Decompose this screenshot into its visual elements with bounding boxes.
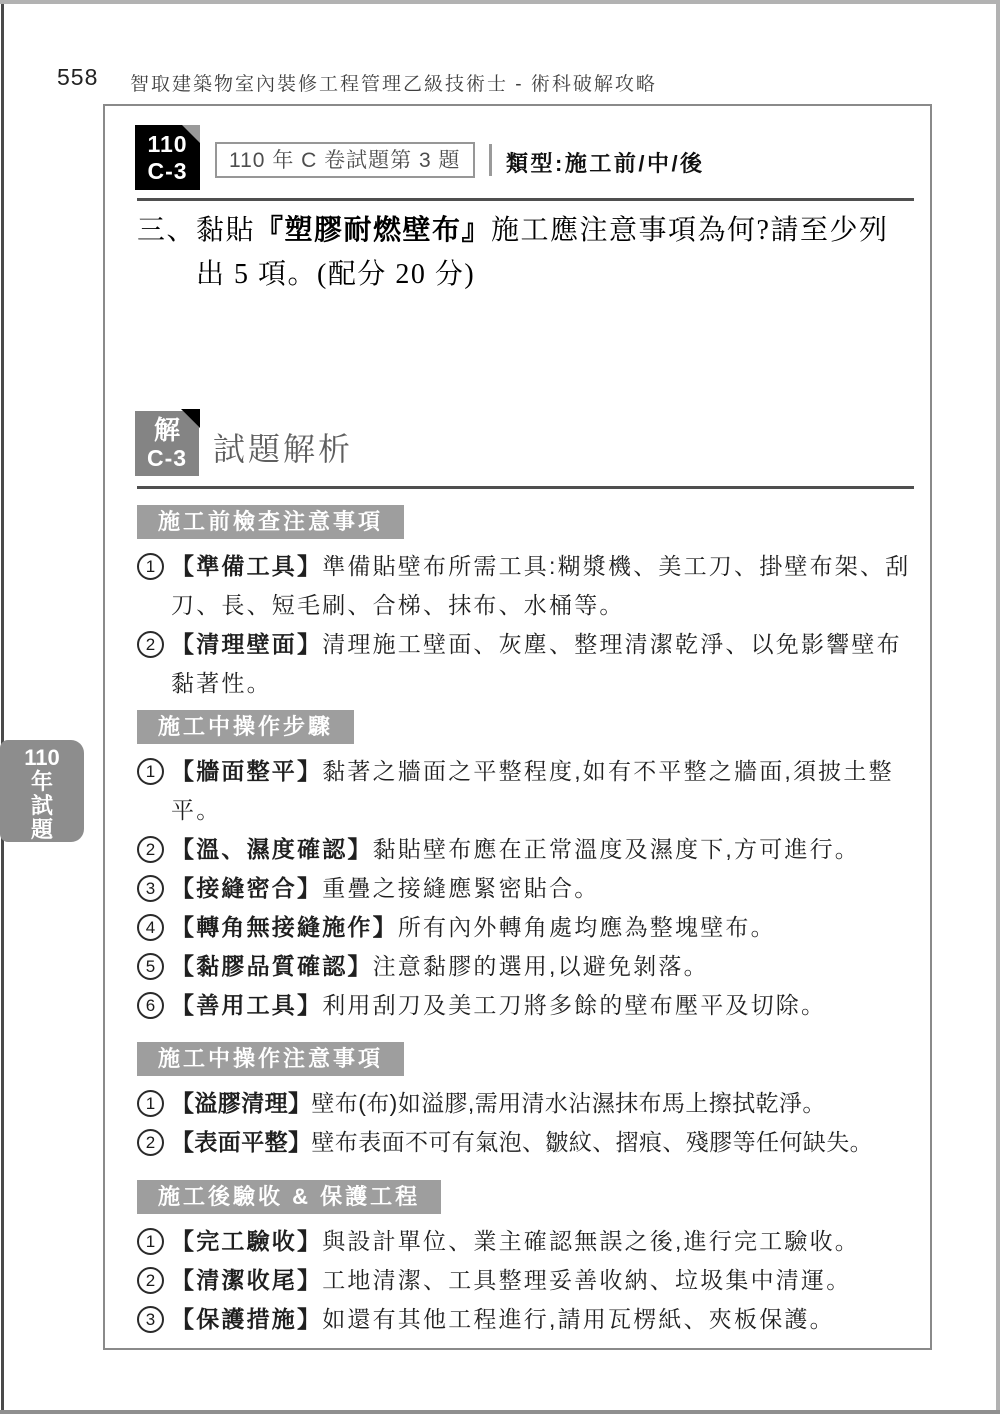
item-text: 【溫、濕度確認】黏貼壁布應在正常溫度及濕度下,方可進行。 <box>171 830 914 869</box>
item-text: 【接縫密合】重疊之接縫應緊密貼合。 <box>171 869 914 908</box>
list-item: 2 【表面平整】壁布表面不可有氣泡、皺紋、摺痕、殘膠等任何缺失。 <box>137 1123 914 1162</box>
item-body: 工地清潔、工具整理妥善收納、垃圾集中清運。 <box>322 1267 851 1293</box>
item-label: 【保護措施】 <box>171 1306 322 1332</box>
badge-year: 110 <box>135 131 200 158</box>
question-text: 三、黏貼『塑膠耐燃壁布』施工應注意事項為何?請至少列 出 5 項。(配分 20 … <box>137 209 927 297</box>
item-number-icon: 5 <box>137 953 164 980</box>
item-label: 【接縫密合】 <box>171 875 322 901</box>
item-text: 【清潔收尾】工地清潔、工具整理妥善收納、垃圾集中清運。 <box>171 1261 914 1300</box>
sidebar-tab-110-exams: 110 年 試 題 <box>0 740 84 842</box>
item-label: 【溫、濕度確認】 <box>171 836 373 862</box>
solution-badge: 解 C-3 <box>135 411 199 476</box>
book-page: 558 智取建築物室內裝修工程管理乙級技術士 - 術科破解攻略 110 C-3 … <box>0 0 1000 1419</box>
item-body: 如還有其他工程進行,請用瓦楞紙、夾板保護。 <box>322 1306 835 1332</box>
item-text: 【溢膠清理】壁布(布)如溢膠,需用清水沾濕抹布馬上擦拭乾淨。 <box>171 1084 914 1123</box>
item-number-icon: 4 <box>137 914 164 941</box>
page-number: 558 <box>57 64 98 91</box>
item-number-icon: 3 <box>137 875 164 902</box>
item-text: 【完工驗收】與設計單位、業主確認無誤之後,進行完工驗收。 <box>171 1222 914 1261</box>
item-text: 【清理壁面】清理施工壁面、灰塵、整理清潔乾淨、以免影響壁布黏著性。 <box>171 625 914 703</box>
page-edge-right <box>996 2 1000 1414</box>
question-post: 施工應注意事項為何?請至少列 <box>491 215 888 246</box>
solution-badge-code: C-3 <box>135 445 199 471</box>
horizontal-rule <box>137 486 914 489</box>
item-text: 【表面平整】壁布表面不可有氣泡、皺紋、摺痕、殘膠等任何缺失。 <box>171 1123 914 1162</box>
item-body: 黏貼壁布應在正常溫度及濕度下,方可進行。 <box>373 836 860 862</box>
item-number-icon: 6 <box>137 992 164 1019</box>
list-item: 1 【完工驗收】與設計單位、業主確認無誤之後,進行完工驗收。 <box>137 1222 914 1261</box>
item-body: 與設計單位、業主確認無誤之後,進行完工驗收。 <box>322 1228 860 1254</box>
item-text: 【轉角無接縫施作】所有內外轉角處均應為整塊壁布。 <box>171 908 914 947</box>
item-number-icon: 2 <box>137 836 164 863</box>
list-item: 2 【清潔收尾】工地清潔、工具整理妥善收納、垃圾集中清運。 <box>137 1261 914 1300</box>
list-item: 1 【溢膠清理】壁布(布)如溢膠,需用清水沾濕抹布馬上擦拭乾淨。 <box>137 1084 914 1123</box>
item-body: 壁布表面不可有氣泡、皺紋、摺痕、殘膠等任何缺失。 <box>311 1129 873 1155</box>
sidebar-tab-line: 110 <box>0 746 84 770</box>
section-items: 1 【完工驗收】與設計單位、業主確認無誤之後,進行完工驗收。 2 【清潔收尾】工… <box>137 1222 914 1339</box>
section-items: 1 【溢膠清理】壁布(布)如溢膠,需用清水沾濕抹布馬上擦拭乾淨。 2 【表面平整… <box>137 1084 914 1162</box>
item-text: 【準備工具】準備貼壁布所需工具:糊漿機、美工刀、掛壁布架、刮刀、長、短毛刷、合梯… <box>171 547 914 625</box>
sidebar-tab-line: 年 <box>0 770 84 794</box>
item-text: 【保護措施】如還有其他工程進行,請用瓦楞紙、夾板保護。 <box>171 1300 914 1339</box>
list-item: 6 【善用工具】利用刮刀及美工刀將多餘的壁布壓平及切除。 <box>137 986 914 1025</box>
section-header: 施工後驗收 & 保護工程 <box>137 1180 441 1214</box>
solution-badge-char: 解 <box>135 415 199 445</box>
sidebar-tab-line: 題 <box>0 818 84 842</box>
sidebar-tab-line: 試 <box>0 794 84 818</box>
item-number-icon: 2 <box>137 1129 164 1156</box>
item-number-icon: 1 <box>137 758 164 785</box>
question-line-1: 三、黏貼『塑膠耐燃壁布』施工應注意事項為何?請至少列 <box>137 209 927 253</box>
item-label: 【表面平整】 <box>171 1129 311 1155</box>
question-pre: 黏貼 <box>196 215 255 246</box>
list-item: 3 【保護措施】如還有其他工程進行,請用瓦楞紙、夾板保護。 <box>137 1300 914 1339</box>
book-title: 智取建築物室內裝修工程管理乙級技術士 - 術科破解攻略 <box>130 69 657 96</box>
item-number-icon: 3 <box>137 1306 164 1333</box>
list-item: 4 【轉角無接縫施作】所有內外轉角處均應為整塊壁布。 <box>137 908 914 947</box>
answer-section: 施工中操作步驟 1 【牆面整平】黏著之牆面之平整程度,如有不平整之牆面,須披土整… <box>137 710 914 1025</box>
list-item: 2 【溫、濕度確認】黏貼壁布應在正常溫度及濕度下,方可進行。 <box>137 830 914 869</box>
question-line-2: 出 5 項。(配分 20 分) <box>137 253 927 297</box>
answer-section: 施工後驗收 & 保護工程 1 【完工驗收】與設計單位、業主確認無誤之後,進行完工… <box>137 1180 914 1339</box>
answer-section: 施工前檢查注意事項 1 【準備工具】準備貼壁布所需工具:糊漿機、美工刀、掛壁布架… <box>137 505 914 703</box>
page-edge-top <box>0 0 1000 4</box>
item-body: 利用刮刀及美工刀將多餘的壁布壓平及切除。 <box>322 992 826 1018</box>
page-edge-bottom <box>0 1410 1000 1414</box>
item-number-icon: 1 <box>137 1090 164 1117</box>
section-header: 施工中操作步驟 <box>137 710 354 744</box>
type-label: 類型:施工前/中/後 <box>506 147 705 178</box>
banner-divider <box>489 144 492 176</box>
item-body: 所有內外轉角處均應為整塊壁布。 <box>398 914 776 940</box>
item-number-icon: 1 <box>137 553 164 580</box>
item-label: 【轉角無接縫施作】 <box>171 914 398 940</box>
list-item: 1 【牆面整平】黏著之牆面之平整程度,如有不平整之牆面,須披土整平。 <box>137 752 914 830</box>
section-header: 施工中操作注意事項 <box>137 1042 404 1076</box>
badge-code: C-3 <box>135 158 200 184</box>
item-label: 【黏膠品質確認】 <box>171 953 373 979</box>
list-item: 3 【接縫密合】重疊之接縫應緊密貼合。 <box>137 869 914 908</box>
list-item: 1 【準備工具】準備貼壁布所需工具:糊漿機、美工刀、掛壁布架、刮刀、長、短毛刷、… <box>137 547 914 625</box>
question-emphasis: 『塑膠耐燃壁布』 <box>255 215 491 246</box>
item-label: 【善用工具】 <box>171 992 322 1018</box>
item-number-icon: 2 <box>137 1267 164 1294</box>
item-text: 【黏膠品質確認】注意黏膠的選用,以避免剝落。 <box>171 947 914 986</box>
item-label: 【完工驗收】 <box>171 1228 322 1254</box>
item-label: 【清理壁面】 <box>171 631 322 657</box>
item-number-icon: 2 <box>137 631 164 658</box>
horizontal-rule <box>137 198 914 201</box>
item-label: 【清潔收尾】 <box>171 1267 322 1293</box>
question-number-badge: 110 C-3 <box>135 125 200 190</box>
item-label: 【溢膠清理】 <box>171 1090 311 1116</box>
section-items: 1 【牆面整平】黏著之牆面之平整程度,如有不平整之牆面,須披土整平。 2 【溫、… <box>137 752 914 1025</box>
question-number: 三、 <box>137 215 196 246</box>
item-label: 【準備工具】 <box>171 553 322 579</box>
item-text: 【善用工具】利用刮刀及美工刀將多餘的壁布壓平及切除。 <box>171 986 914 1025</box>
answer-section: 施工中操作注意事項 1 【溢膠清理】壁布(布)如溢膠,需用清水沾濕抹布馬上擦拭乾… <box>137 1042 914 1162</box>
item-body: 注意黏膠的選用,以避免剝落。 <box>373 953 709 979</box>
item-label: 【牆面整平】 <box>171 758 322 784</box>
item-text: 【牆面整平】黏著之牆面之平整程度,如有不平整之牆面,須披土整平。 <box>171 752 914 830</box>
item-number-icon: 1 <box>137 1228 164 1255</box>
section-header: 施工前檢查注意事項 <box>137 505 404 539</box>
item-body: 壁布(布)如溢膠,需用清水沾濕抹布馬上擦拭乾淨。 <box>311 1090 825 1116</box>
solution-title: 試題解析 <box>213 424 353 470</box>
section-items: 1 【準備工具】準備貼壁布所需工具:糊漿機、美工刀、掛壁布架、刮刀、長、短毛刷、… <box>137 547 914 703</box>
list-item: 2 【清理壁面】清理施工壁面、灰塵、整理清潔乾淨、以免影響壁布黏著性。 <box>137 625 914 703</box>
exam-label: 110 年 C 卷試題第 3 題 <box>215 142 475 178</box>
list-item: 5 【黏膠品質確認】注意黏膠的選用,以避免剝落。 <box>137 947 914 986</box>
page-edge-left <box>1 4 4 1410</box>
item-body: 重疊之接縫應緊密貼合。 <box>322 875 599 901</box>
